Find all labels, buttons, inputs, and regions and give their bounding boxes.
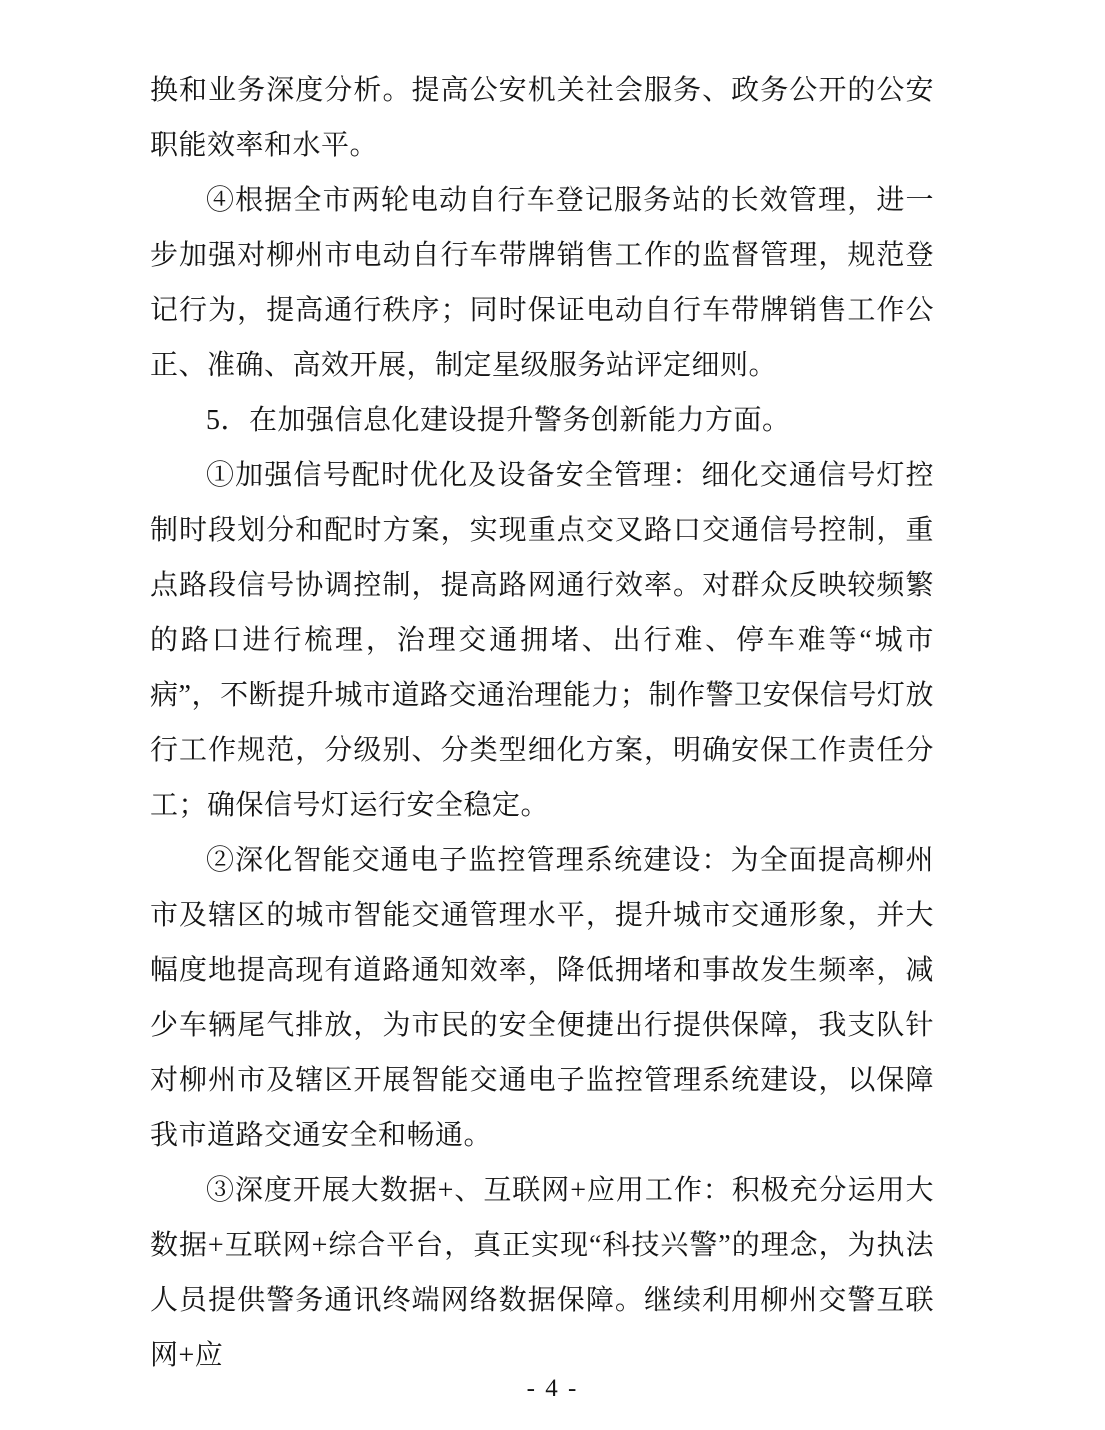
document-body: 换和业务深度分析。提高公安机关社会服务、政务公开的公安职能效率和水平。 ④根据全…	[150, 63, 934, 1383]
page-number: - 4 -	[0, 1375, 1105, 1403]
document-page: 换和业务深度分析。提高公安机关社会服务、政务公开的公安职能效率和水平。 ④根据全…	[0, 0, 1105, 1430]
paragraph-subitem-1: ①加强信号配时优化及设备安全管理：细化交通信号灯控制时段划分和配时方案，实现重点…	[150, 448, 934, 833]
paragraph-continuation: 换和业务深度分析。提高公安机关社会服务、政务公开的公安职能效率和水平。	[150, 63, 934, 173]
paragraph-subitem-3: ③深度开展大数据+、互联网+应用工作：积极充分运用大数据+互联网+综合平台，真正…	[150, 1163, 934, 1383]
paragraph-subitem-2: ②深化智能交通电子监控管理系统建设：为全面提高柳州市及辖区的城市智能交通管理水平…	[150, 833, 934, 1163]
paragraph-section-5-heading: 5．在加强信息化建设提升警务创新能力方面。	[150, 393, 934, 448]
paragraph-item-4: ④根据全市两轮电动自行车登记服务站的长效管理，进一步加强对柳州市电动自行车带牌销…	[150, 173, 934, 393]
